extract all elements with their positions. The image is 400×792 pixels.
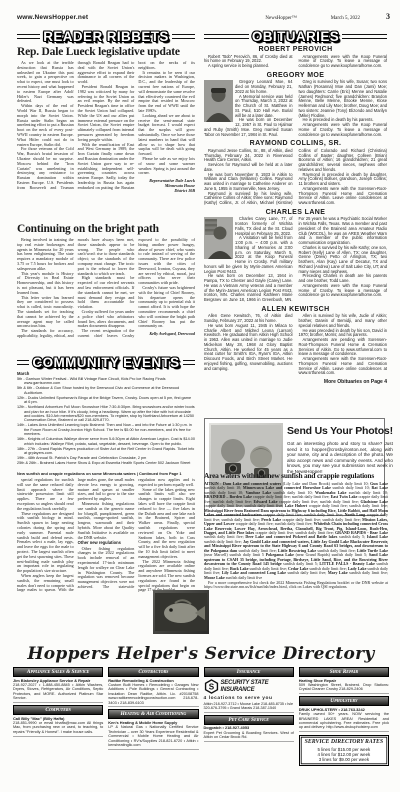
obituary-gregory-moe: GREGORY MOE Gregory Leonard Moe, 64 died… xyxy=(204,72,387,138)
events-items: 5th - Garrison Winter Festival - Wild Bi… xyxy=(17,377,195,465)
obituary-paragraphs: Raymond Jesse Collins, Sr., 88, of Aitki… xyxy=(204,149,387,206)
obituary-name: ROBERT PEROVICH xyxy=(204,46,387,53)
appliance-header: Appliance Sales & Service xyxy=(13,667,103,677)
computers-ad: Call Billy "Mac" (Billy Haffa) 218-851-9… xyxy=(13,717,103,737)
computers-header: Computers xyxy=(13,705,103,715)
sunfish-photo xyxy=(153,590,209,634)
upholstery-ad: DRUK UPHOLSTERY • 218.763.3242 Family ow… xyxy=(299,708,389,733)
directory-column-3: Insurance S SECURITY STATE INSURANCE 4 l… xyxy=(204,667,294,744)
ad-body: 218-927-2027 • 1-888-450-8845 • Aitkin W… xyxy=(13,683,103,700)
signature-line: District 10B xyxy=(138,188,195,193)
lake-name: Mary Lake xyxy=(328,570,348,575)
service-directory: Hoppers Helper's Service Directory Appli… xyxy=(13,644,389,766)
bright-path-signature: Kelly Avelsgard, Deerwood xyxy=(138,331,195,336)
paragraph: Arrangements were with the Koop Funeral … xyxy=(299,123,388,137)
portrait-with-flag-icon xyxy=(204,217,233,259)
community-events-title: COMMUNITY EVENTS xyxy=(32,355,179,370)
bright-path-paragraphs: Being involved in training the top real … xyxy=(17,238,195,339)
hexagon-s-icon: S xyxy=(204,679,219,694)
paragraph: This letter writer has learned they are … xyxy=(17,296,74,330)
insurance-header: Insurance xyxy=(204,667,294,677)
event-item: 19th - 48th Annual St. Patrick's Day Par… xyxy=(17,456,195,460)
header-rule xyxy=(183,360,195,366)
paragraph: Some of the lakes getting new sunfish li… xyxy=(138,488,195,560)
svg-text:S: S xyxy=(208,682,214,691)
logo-line-1: SECURITY STATE xyxy=(221,680,269,686)
rates-title: SERVICE DIRECTORY RATES xyxy=(302,739,386,745)
paragraph: special regulations for sunfish will use… xyxy=(17,478,74,512)
lueck-signature: Representative Dale LueckMinnesota House… xyxy=(138,178,195,193)
pet-care-ad: Dogpatch • 218-927-4053 Expert Pet Groom… xyxy=(204,726,294,742)
left-column: READER RIBBETS Rep. Dale Lueck legislati… xyxy=(17,27,195,466)
obituary-body: Gregory Leonard Moe, 64 died on Monday, … xyxy=(204,80,387,137)
paragraph: Charles is survived by his wife Kathy; o… xyxy=(299,246,388,275)
obituary-body: Allen Gene Kewitsch, 76, of Aitkin died … xyxy=(204,314,387,376)
obituary-name: CHARLES LANE xyxy=(204,209,387,216)
heating-ad: Ken's Heating & Mobile Home Supply LP & … xyxy=(108,721,198,750)
paragraph: Raymond is preceded in death by daughter… xyxy=(299,173,388,187)
ad-body: 509 Washington Street, Brainerd. Drop St… xyxy=(299,683,389,691)
paragraph: As we look at the terrible destruction t… xyxy=(17,61,74,104)
ad-body: 218-851-9990 or email bhaffa@mac.com All… xyxy=(13,721,103,734)
directory-column-1: Appliance Sales & Service Jim Blakesley … xyxy=(13,667,103,739)
paragraph: The 2022 Minnesota fishing regulations a… xyxy=(138,560,195,594)
regulation-text: sunfish daily limit five xyxy=(225,575,262,580)
insurance-tagline: 4 locations to serve you xyxy=(204,696,294,701)
logo-line-2: INSURANCE xyxy=(221,687,255,693)
ad-body: Custom Built Homes • Remodeling • Garage… xyxy=(108,683,198,705)
lueck-paragraphs: As we look at the terrible destruction t… xyxy=(17,61,195,193)
obituary-body: Charles Carey Lane, 77, of Ironton forme… xyxy=(204,217,387,303)
area-waters-body: AITKIN : Dam Lake and connected waters (… xyxy=(204,482,388,642)
paragraph: Allen is survived by his wife, Judie of … xyxy=(299,314,388,328)
rate-line: 3 lines for $9.00 per week xyxy=(302,757,386,762)
service-directory-rates-box: SERVICE DIRECTORY RATES 5 lines for $15.… xyxy=(299,735,389,766)
paragraph: Looking ahead we are about to receive th… xyxy=(138,114,195,157)
directory-columns: Appliance Sales & Service Jim Blakesley … xyxy=(13,667,389,766)
event-item: 12th - Ducks Unlimited Sportsman's Bingo… xyxy=(17,396,195,405)
event-item: 5th & 6th - Outdoor & Gun Show hosted by… xyxy=(17,386,195,395)
security-state-insurance-logo: S SECURITY STATE INSURANCE xyxy=(204,679,294,694)
area-waters-runs: AITKIN : Dam Lake and connected waters (… xyxy=(204,482,388,580)
newspaper-page: www.NewsHopper.net NewsHopper™ March 5, … xyxy=(0,0,400,792)
obituary-body: Raymond Jesse Collins, Sr., 88, of Aitki… xyxy=(204,149,387,206)
masthead-right: NewsHopper™ March 5, 2022 3 xyxy=(265,12,390,21)
paragraph: Arrangements are pending with Sorensen-R… xyxy=(299,338,388,357)
lake-name: Moose Lake xyxy=(204,575,225,580)
contractors-ad: Radtke Remodeling & Construction Custom … xyxy=(108,679,198,708)
reader-ribbets-header: READER RIBBETS xyxy=(17,29,195,44)
header-rule xyxy=(17,34,40,40)
paragraph: He was born November 8, 1933 in Aitkin t… xyxy=(204,173,293,192)
obituary-paragraphs: Robert "Bob" Perovich, 86, of Crosby die… xyxy=(204,55,387,69)
event-item: 18th - 27th - Grand Rapids Players produ… xyxy=(17,447,195,456)
contractors-header: Contractors xyxy=(108,667,198,677)
ad-body: Family owned 50+ years. NOW servicing th… xyxy=(299,712,389,729)
obituaries-header: OBITUARIES xyxy=(204,29,387,44)
paragraph: President Ronald Reagan in 1982 was crit… xyxy=(78,85,135,143)
obituaries-title: OBITUARIES xyxy=(252,29,339,44)
lueck-article-body: As we look at the terrible destruction t… xyxy=(17,61,195,221)
paragraph: Arrangements were with the Sorensen-Root… xyxy=(299,187,388,206)
sunfish-article: New sunfish and crappie regulations on s… xyxy=(17,471,195,636)
directory-column-2: Contractors Radtke Remodeling & Construc… xyxy=(108,667,198,752)
paragraph: Crosby suffered for years under a police… xyxy=(78,310,135,329)
upholstery-header: Upholstery xyxy=(299,696,389,706)
shoe-repair-header: Shoe Repair xyxy=(299,667,389,677)
reader-ribbets-title: READER RIBBETS xyxy=(43,29,169,44)
obituary-paragraphs: Allen Gene Kewitsch, 76, of Aitkin died … xyxy=(204,314,387,376)
area-waters-article: Area waters with the new sunfish and cra… xyxy=(204,471,388,642)
paragraph: Greg is survived by his wife, Susan; two… xyxy=(299,80,388,118)
obituaries-column: OBITUARIES ROBERT PEROVICH Robert "Bob" … xyxy=(204,27,387,417)
ad-body: LP & Natural Gas • Nationally Certified … xyxy=(108,725,198,747)
community-events-header: COMMUNITY EVENTS xyxy=(17,355,195,370)
shoe-repair-ad: Harting Shoe Repair 509 Washington Stree… xyxy=(299,679,389,695)
page-number: 3 xyxy=(386,12,390,21)
events-month-label: March xyxy=(17,372,195,376)
lake-regulation: Moose Lake sunfish daily limit five xyxy=(204,575,262,580)
obituary-charles-lane: CHARLES LANE Charles Carey Lane, 77, of … xyxy=(204,209,387,303)
send-photos-body: Got an interesting photo and story to sh… xyxy=(287,441,393,475)
event-item: 16th - Knights of Columbus Walleye dinne… xyxy=(17,437,195,446)
masthead: www.NewsHopper.net NewsHopper™ March 5, … xyxy=(17,12,390,21)
header-rule xyxy=(342,34,387,40)
send-photos-title: Send Us Your Photos! xyxy=(287,425,393,437)
paragraph: He was born August 11, 1945 in Milaca to… xyxy=(204,324,293,372)
rates-lines: 5 lines for $15.00 per week4 lines for $… xyxy=(302,747,386,763)
paragraph: Arrangements were with the Koop Funeral … xyxy=(299,284,388,298)
sunfish-icon xyxy=(155,593,207,631)
lueck-headline: Rep. Dale Lueck legislative update xyxy=(17,46,195,58)
signature-line: Kelly Avelsgard, Deerwood xyxy=(138,331,195,336)
obituary-name: GREGORY MOE xyxy=(204,72,387,79)
more-obituaries-note: More Obituaries on Page 4 xyxy=(204,379,387,385)
event-item: 25th & 26th - Brainerd Lakes Home Show &… xyxy=(17,461,195,465)
paragraph: Raymond Jesse Collins, Sr., 88, of Aitki… xyxy=(204,149,293,163)
paragraph: Arrangements were with the Sorensen-Root… xyxy=(299,357,388,376)
service-directory-title: Hoppers Helper's Service Directory xyxy=(13,644,389,664)
paragraph: High standards must be expected of our e… xyxy=(78,276,135,310)
header-rule xyxy=(172,34,195,40)
obituary-name: ALLEN KEWITSCH xyxy=(204,306,387,313)
paragraph: Crosby's future was brightened with the … xyxy=(138,286,195,329)
paragraph: Minnesota fishing regulations use sunfis… xyxy=(78,502,135,540)
portrait-silhouette-icon xyxy=(204,80,233,122)
paragraph: This year's module is History of Diversi… xyxy=(17,272,74,296)
paragraph: These regulations are designed with sunf… xyxy=(17,512,74,574)
directory-column-4: Shoe Repair Harting Shoe Repair 509 Wash… xyxy=(299,667,389,766)
event-item: 12th - Northland Arboretum Full Moon Sno… xyxy=(17,405,195,423)
paragraph: Being involved in training the top real … xyxy=(17,238,74,272)
obituary-raymond-collins: RAYMOND COLLINS, SR. Raymond Jesse Colli… xyxy=(204,140,387,206)
sunfish-article-title: New sunfish and crappie regulations on s… xyxy=(17,471,195,476)
community-events-list: March 5th - Garrison Winter Festival - W… xyxy=(17,372,195,465)
obituary-robert-perovich: ROBERT PEROVICH Robert "Bob" Perovich, 8… xyxy=(204,46,387,69)
charles-lane-portrait-photo xyxy=(204,217,233,259)
obituary-allen-kewitsch: ALLEN KEWITSCH Allen Gene Kewitsch, 76, … xyxy=(204,306,387,376)
gregory-moe-portrait-photo xyxy=(204,80,233,122)
insurance-locations: Aitkin 218-927-3712 • Moose Lake 218-485… xyxy=(204,702,294,713)
appliance-ad: Jim Blakesley Appliance Service & Repair… xyxy=(13,679,103,704)
paragraph: Arrangements were with the Koop Funeral … xyxy=(299,55,388,69)
paragraph: Within days of the end of World War II, … xyxy=(17,104,74,147)
paragraph: A spring service is being planned. xyxy=(204,64,293,69)
insurance-logo-text: SECURITY STATE INSURANCE xyxy=(221,680,269,693)
paragraph: It remains to be seen if our decision ma… xyxy=(138,71,195,114)
area-waters-footer: For a more comprehensive list check the … xyxy=(204,581,388,590)
bright-path-body: Being involved in training the top real … xyxy=(17,238,195,351)
event-item: 5th - Garrison Winter Festival - Wild Bi… xyxy=(17,377,195,386)
event-item: 14th - Lakes Area Unlimited Learning top… xyxy=(17,423,195,436)
issue-date: March 5, 2022 xyxy=(331,16,360,21)
regulation-text: sunfish daily limit five; xyxy=(348,570,388,575)
bright-path-headline: Continuing on the bright path xyxy=(17,223,195,235)
heating-header: Heating & Air Conditioning xyxy=(108,709,198,719)
header-rule xyxy=(17,360,29,366)
header-rule xyxy=(204,34,249,40)
pet-care-header: Pet Care Service xyxy=(204,715,294,725)
lake-regulation: Mary Lake sunfish daily limit five; xyxy=(328,570,388,575)
site-url: www.NewsHopper.net xyxy=(17,14,88,21)
paragraph: Please be safe as we enjoy lots of snow … xyxy=(138,157,195,176)
paper-name: NewsHopper™ xyxy=(265,16,296,21)
regulation-text: sunfish daily limit five; xyxy=(286,570,328,575)
obituary-body: Robert "Bob" Perovich, 86, of Crosby die… xyxy=(204,55,387,69)
ad-body: Expert Pet Grooming & Boarding Services.… xyxy=(204,731,294,739)
area-waters-headline: Area waters with the new sunfish and cra… xyxy=(204,471,388,480)
obituary-name: RAYMOND COLLINS, SR. xyxy=(204,140,387,147)
